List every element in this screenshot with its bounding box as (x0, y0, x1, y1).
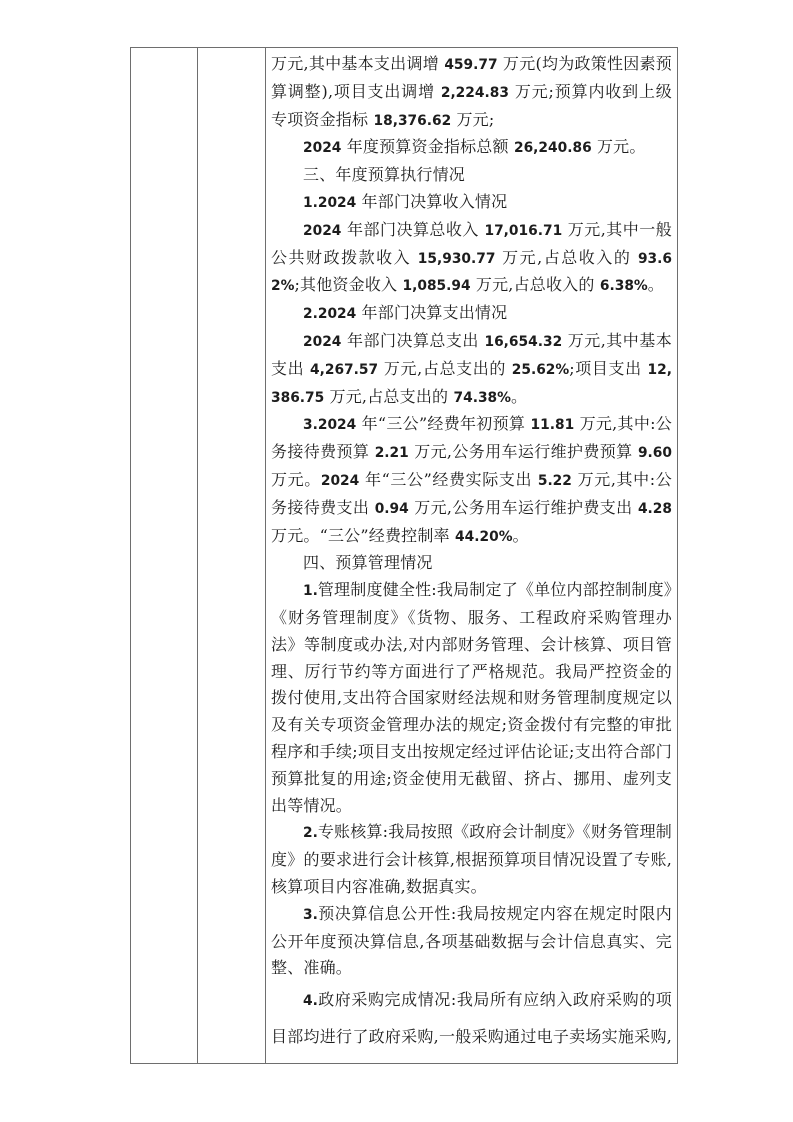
numeric-value: 18,376.62 (374, 113, 452, 129)
paragraph-12: 3.预决算信息公开性:我局按规定内容在规定时限内公开年度预决算信息,各项基础数据… (271, 901, 672, 982)
budget-report-table: 万元,其中基本支出调增 459.77 万元(均为政策性因素预算调整),项目支出调… (130, 47, 678, 1064)
numeric-value: 4. (303, 993, 318, 1009)
table-cell-empty-middle (198, 48, 266, 1063)
numeric-value: 1. (303, 583, 318, 599)
numeric-value: 2024 (303, 140, 341, 156)
paragraph-8: 3.2024 年“三公”经费年初预算 11.81 万元,其中:公务接待费预算 2… (271, 411, 672, 550)
numeric-value: 26,240.86 (514, 140, 592, 156)
numeric-value: 6.38% (600, 278, 648, 294)
paragraph-13: 4.政府采购完成情况:我局所有应纳入政府采购的项目部均进行了政府采购,一般采购通… (271, 982, 672, 1063)
paragraph-4: 1.2024 年部门决算收入情况 (271, 189, 672, 217)
paragraph-7: 2024 年部门决算总支出 16,654.32 万元,其中基本支出 4,267.… (271, 328, 672, 411)
numeric-value: 3.2024 (303, 417, 356, 433)
numeric-value: 2,224.83 (441, 85, 509, 101)
paragraph-9: 四、预算管理情况 (271, 550, 672, 577)
numeric-value: 17,016.71 (484, 223, 562, 239)
document-page: 万元,其中基本支出调增 459.77 万元(均为政策性因素预算调整),项目支出调… (0, 0, 793, 1122)
numeric-value: 2. (303, 825, 318, 841)
numeric-value: 9.60 (638, 445, 672, 461)
numeric-value: 2024 (303, 223, 341, 239)
numeric-value: 4.28 (638, 501, 672, 517)
numeric-value: 15,930.77 (418, 251, 496, 267)
numeric-value: 1.2024 (303, 195, 356, 211)
table-cell-report-text: 万元,其中基本支出调增 459.77 万元(均为政策性因素预算调整),项目支出调… (266, 48, 677, 1063)
paragraph-2: 2024 年度预算资金指标总额 26,240.86 万元。 (271, 134, 672, 162)
table-cell-empty-left (131, 48, 198, 1063)
numeric-value: 2024 (303, 334, 341, 350)
paragraph-11: 2.专账核算:我局按照《政府会计制度》《财务管理制度》的要求进行会计核算,根据预… (271, 819, 672, 900)
paragraph-10: 1.管理制度健全性:我局制定了《单位内部控制制度》《财务管理制度》《货物、服务、… (271, 577, 672, 819)
numeric-value: 44.20% (455, 529, 512, 545)
numeric-value: 2024 (321, 473, 359, 489)
numeric-value: 0.94 (375, 501, 409, 517)
numeric-value: 1,085.94 (403, 278, 471, 294)
numeric-value: 5.22 (538, 473, 572, 489)
paragraph-1: 万元,其中基本支出调增 459.77 万元(均为政策性因素预算调整),项目支出调… (271, 51, 672, 134)
paragraph-6: 2.2024 年部门决算支出情况 (271, 300, 672, 328)
numeric-value: 74.38% (454, 390, 511, 406)
numeric-value: 25.62% (512, 362, 569, 378)
numeric-value: 2.2024 (303, 306, 356, 322)
paragraph-5: 2024 年部门决算总收入 17,016.71 万元,其中一般公共财政拨款收入 … (271, 217, 672, 300)
numeric-value: 459.77 (444, 57, 497, 73)
numeric-value: 3. (303, 907, 318, 923)
numeric-value: 16,654.32 (484, 334, 562, 350)
numeric-value: 11.81 (531, 417, 575, 433)
numeric-value: 2.21 (375, 445, 409, 461)
paragraph-3: 三、年度预算执行情况 (271, 162, 672, 189)
numeric-value: 4,267.57 (310, 362, 378, 378)
